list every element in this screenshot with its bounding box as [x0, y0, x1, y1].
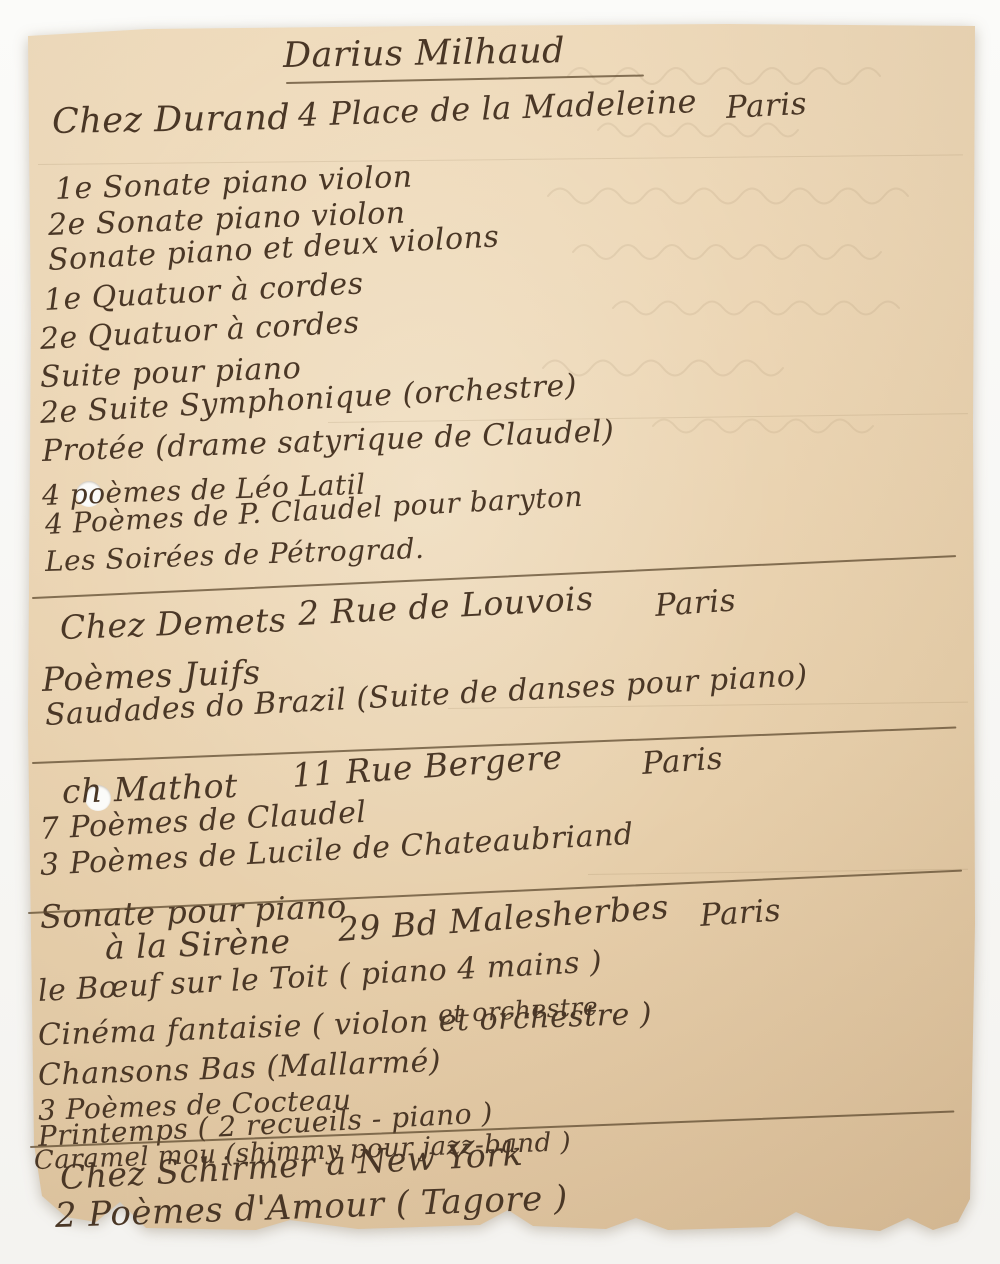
page-title: Darius Milhaud [283, 31, 566, 76]
publisher-city: Paris [654, 582, 737, 624]
publisher-heading: Chez Demets [59, 600, 287, 647]
publisher-city: Paris [699, 892, 782, 934]
publisher-city: Paris [641, 740, 724, 782]
paper-crease [38, 154, 963, 165]
publisher-city: Paris [725, 86, 808, 126]
publisher-heading: Chez Durand [52, 98, 291, 142]
publisher-heading: à la Sirène [104, 922, 291, 967]
